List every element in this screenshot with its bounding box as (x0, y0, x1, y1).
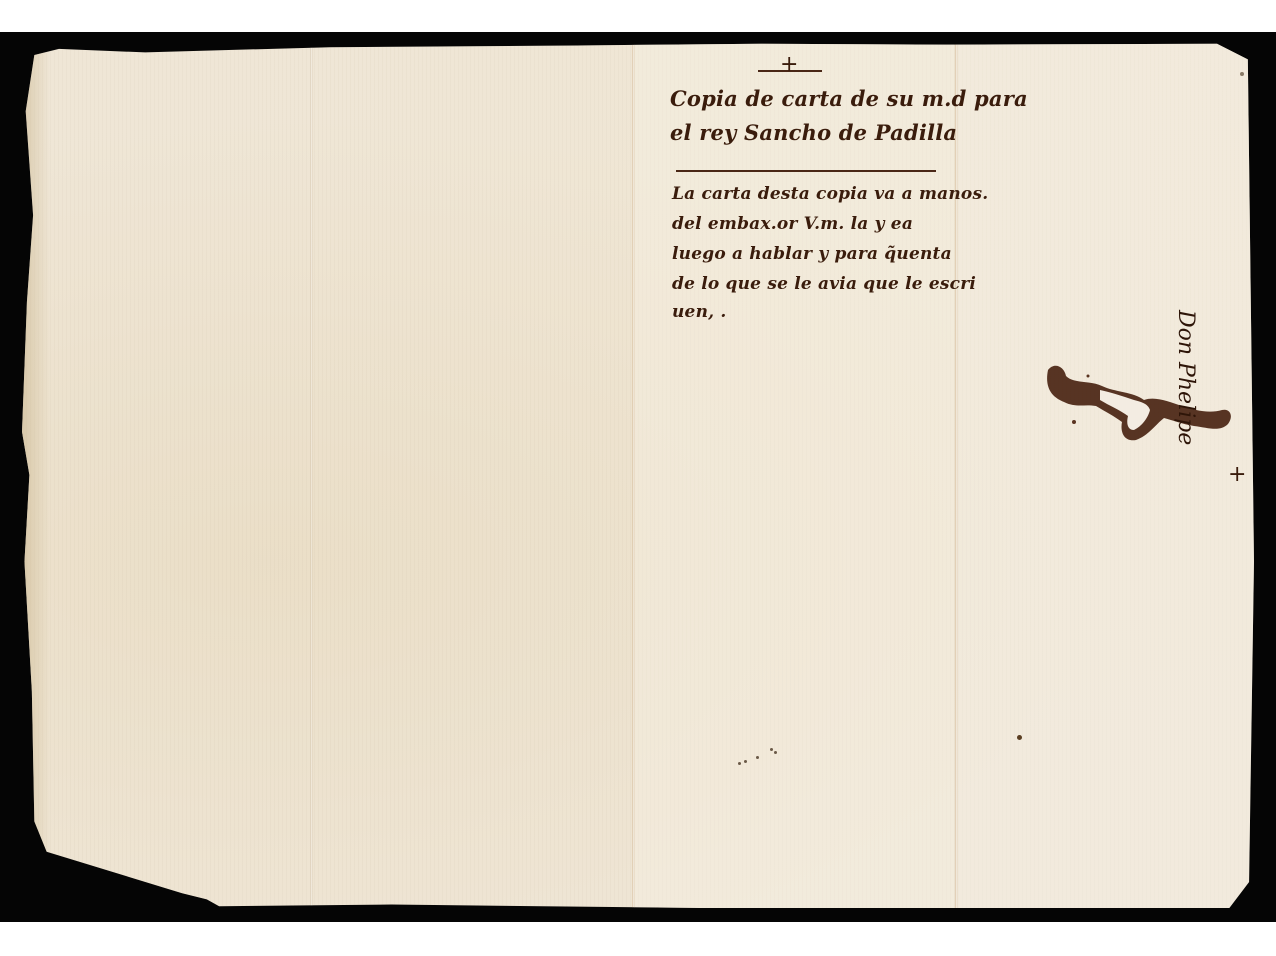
docket-body-line-5: uen, . (672, 302, 727, 322)
address-panel (957, 42, 1257, 908)
docket-body-line-3: luego a hablar y para q̃uenta (672, 244, 952, 264)
docket-body-line-1: La carta desta copia va a manos. (672, 184, 988, 204)
docket-separator-rule (676, 170, 936, 172)
ink-dot (1017, 735, 1022, 740)
ink-stain-mark (1044, 362, 1234, 452)
docket-title-line-1: Copia de carta de su m.d para (670, 86, 1028, 111)
address-cross-mark: + (1228, 462, 1246, 487)
docket-body-line-4: de lo que se le avia que le escri (672, 274, 976, 294)
paper-speck (1240, 72, 1244, 76)
docket-title-line-2: el rey Sancho de Padilla (670, 120, 957, 145)
docket-body-line-2: del embax.or V.m. la y ea (672, 214, 913, 234)
address-text: Don Phelipe (1173, 310, 1198, 445)
fold-line-1 (310, 42, 313, 908)
header-cross-mark: + (780, 52, 798, 77)
manuscript-sheet (22, 42, 1254, 908)
